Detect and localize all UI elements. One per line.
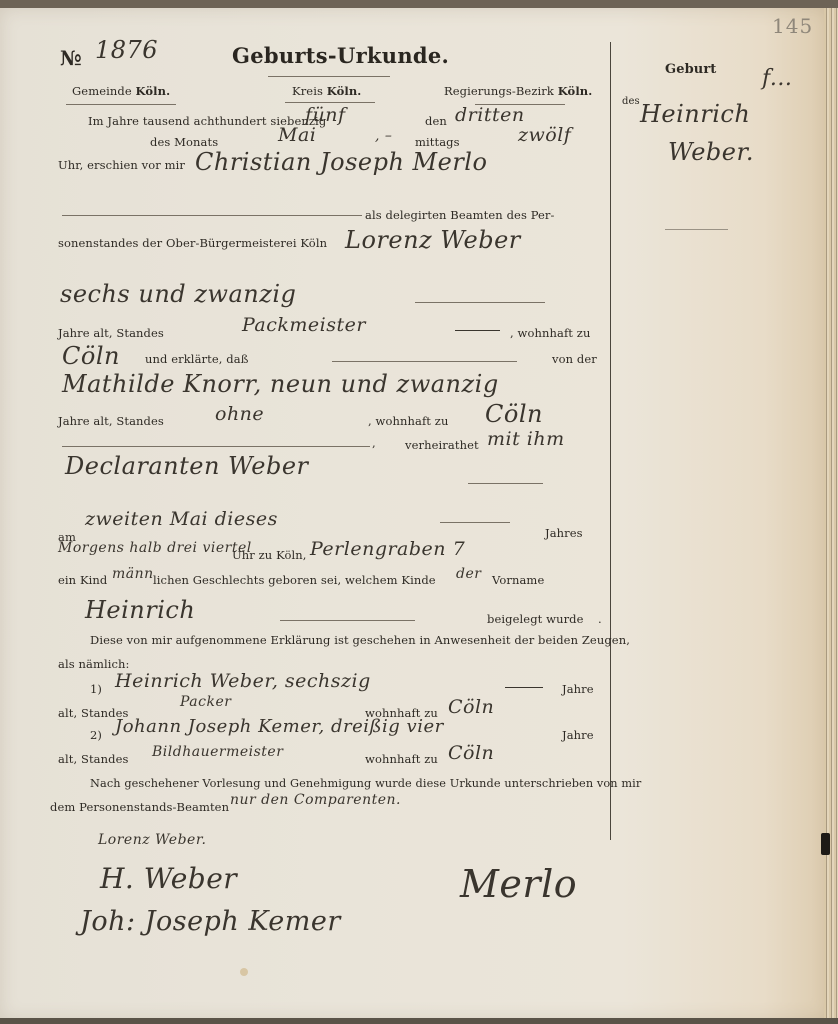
witness-2-residence-handwritten: Cöln (448, 742, 494, 764)
mother-residence-label: , wohnhaft zu (368, 414, 448, 428)
kreis-label-text: Kreis (292, 84, 323, 98)
mother-name-handwritten: Mathilde Knorr, neun und zwanzig (62, 370, 499, 398)
witness-2-name-handwritten: Johann Joseph Kemer, dreißig vier (115, 716, 444, 737)
beigelegt-label: beigelegt wurde (487, 612, 584, 626)
witness-1-jahre: Jahre (562, 682, 594, 696)
witness-1-occupation-handwritten: Packer (180, 694, 231, 710)
married-comma: , (372, 436, 376, 450)
margin-annotation: f... (762, 66, 792, 91)
occupation-dash (455, 330, 500, 331)
age-rule (415, 302, 545, 303)
column-divider (610, 42, 611, 840)
witness-1-number: 1) (90, 682, 102, 696)
margin-heading: Geburt (665, 62, 716, 77)
bezirk-label: Regierungs-Bezirk Köln. (444, 84, 592, 98)
kreis-label: Kreis Köln. (292, 84, 361, 98)
gemeinde-rule (66, 104, 176, 105)
der-handwritten: der (456, 566, 481, 582)
closing-handwritten: nur den Comparenten. (230, 792, 401, 808)
margin-child-first-name: Heinrich (640, 100, 750, 128)
gemeinde-value: Köln. (136, 84, 171, 98)
bezirk-label-text: Regierungs-Bezirk (444, 84, 554, 98)
kreis-rule (285, 102, 375, 103)
title-underline (268, 76, 390, 77)
margin-rule (665, 229, 728, 230)
birth-time-handwritten: Morgens halb drei viertel (58, 540, 252, 556)
margin-child-last-name: Weber. (668, 138, 754, 166)
declared-label: und erklärte, daß (145, 352, 248, 366)
declarant-occupation-handwritten: Packmeister (242, 314, 366, 336)
spouse-handwritten: Declaranten Weber (65, 452, 309, 480)
declarant-age-handwritten: sechs und zwanzig (60, 280, 296, 308)
vorname-label: Vorname (492, 573, 544, 587)
mother-age-label: Jahre alt, Standes (58, 414, 164, 428)
birth-date-handwritten: zweiten Mai dieses (85, 508, 278, 530)
date-rule (440, 522, 510, 523)
witness-2-standes-label: alt, Standes (58, 752, 129, 766)
witness-1-residence-handwritten: Cöln (448, 696, 494, 718)
sex-handwritten: männ (112, 566, 154, 582)
signature-h-weber: H. Weber (100, 862, 237, 895)
signature-johann-joseph-kemer: Joh: Joseph Kemer (80, 906, 341, 937)
namely-label: als nämlich: (58, 657, 130, 671)
ein-kind-label: ein Kind (58, 573, 107, 587)
hour-handwritten: zwölf (518, 124, 571, 146)
jahres-label: Jahres (545, 526, 583, 540)
declared-rule (332, 361, 517, 362)
von-der-label: von der (552, 352, 597, 366)
residence-label: , wohnhaft zu (510, 326, 590, 340)
certificate-number: 1876 (95, 36, 158, 64)
signature-lorenz-weber: Lorenz Weber. (98, 832, 206, 848)
official-name-handwritten: Christian Joseph Merlo (195, 148, 487, 176)
geschlechts-label: lichen Geschlechts geboren sei, welchem … (153, 573, 436, 587)
mother-residence-handwritten: Cöln (485, 400, 543, 428)
witness-2-jahre: Jahre (562, 728, 594, 742)
child-name-handwritten: Heinrich (85, 596, 195, 624)
gemeinde-label: Gemeinde Köln. (72, 84, 170, 98)
birth-address-handwritten: Perlengraben 7 (310, 538, 465, 560)
mittags-label: mittags (415, 135, 460, 149)
married-rule (62, 446, 370, 447)
year-handwritten: fünf (305, 104, 346, 126)
witness-1-name-handwritten: Heinrich Weber, sechszig (115, 670, 371, 692)
binder-clip (821, 833, 830, 855)
beamten-label: dem Personenstands-Beamten (50, 800, 229, 814)
closing-statement: Nach geschehener Vorlesung und Genehmigu… (90, 777, 641, 790)
witnesses-intro: Diese von mir aufgenommene Erklärung ist… (90, 633, 630, 647)
scan-bottom-edge (0, 1018, 838, 1024)
bezirk-value: Köln. (558, 84, 593, 98)
witness-2-number: 2) (90, 728, 102, 742)
witness-2-occupation-handwritten: Bildhauermeister (152, 744, 283, 760)
mother-occupation-handwritten: ohne (215, 403, 264, 425)
declarant-age-label: Jahre alt, Standes (58, 326, 164, 340)
blank-rule-1 (62, 215, 362, 216)
spouse-rule (468, 483, 543, 484)
page-stack-edge (824, 8, 838, 1020)
declarant-residence-handwritten: Cöln (62, 342, 120, 370)
buergermeisterei-label: sonenstandes der Ober-Bürgermeisterei Kö… (58, 236, 327, 250)
month-label: des Monats (150, 135, 218, 149)
document-title: Geburts-Urkunde. (232, 43, 449, 68)
day-handwritten: dritten (455, 104, 525, 126)
number-symbol: № (60, 46, 82, 70)
erschien-label: Uhr, erschien vor mir (58, 158, 185, 172)
den-text: den (425, 114, 447, 128)
delegate-label: als delegirten Beamten des Per- (365, 208, 555, 222)
month-handwritten: Mai (278, 124, 316, 146)
beigelegt-period: . (598, 612, 602, 626)
witness-2-residence-label: wohnhaft zu (365, 752, 438, 766)
kreis-value: Köln. (327, 84, 362, 98)
paper-stain (240, 968, 248, 976)
margin-prefix: des (622, 96, 640, 107)
uhr-koeln-label: Uhr zu Köln, (232, 548, 307, 562)
married-label: verheirathet (405, 438, 479, 452)
married-handwritten: mit ihm (487, 428, 565, 450)
page-number-stamp: 145 (772, 14, 813, 38)
gemeinde-label-text: Gemeinde (72, 84, 132, 98)
name-rule (280, 620, 415, 621)
signature-official-merlo: Merlo (460, 862, 577, 906)
witness-1-dash (505, 687, 543, 688)
declarant-name-handwritten: Lorenz Weber (345, 226, 521, 254)
month-mark: , – (375, 128, 392, 144)
